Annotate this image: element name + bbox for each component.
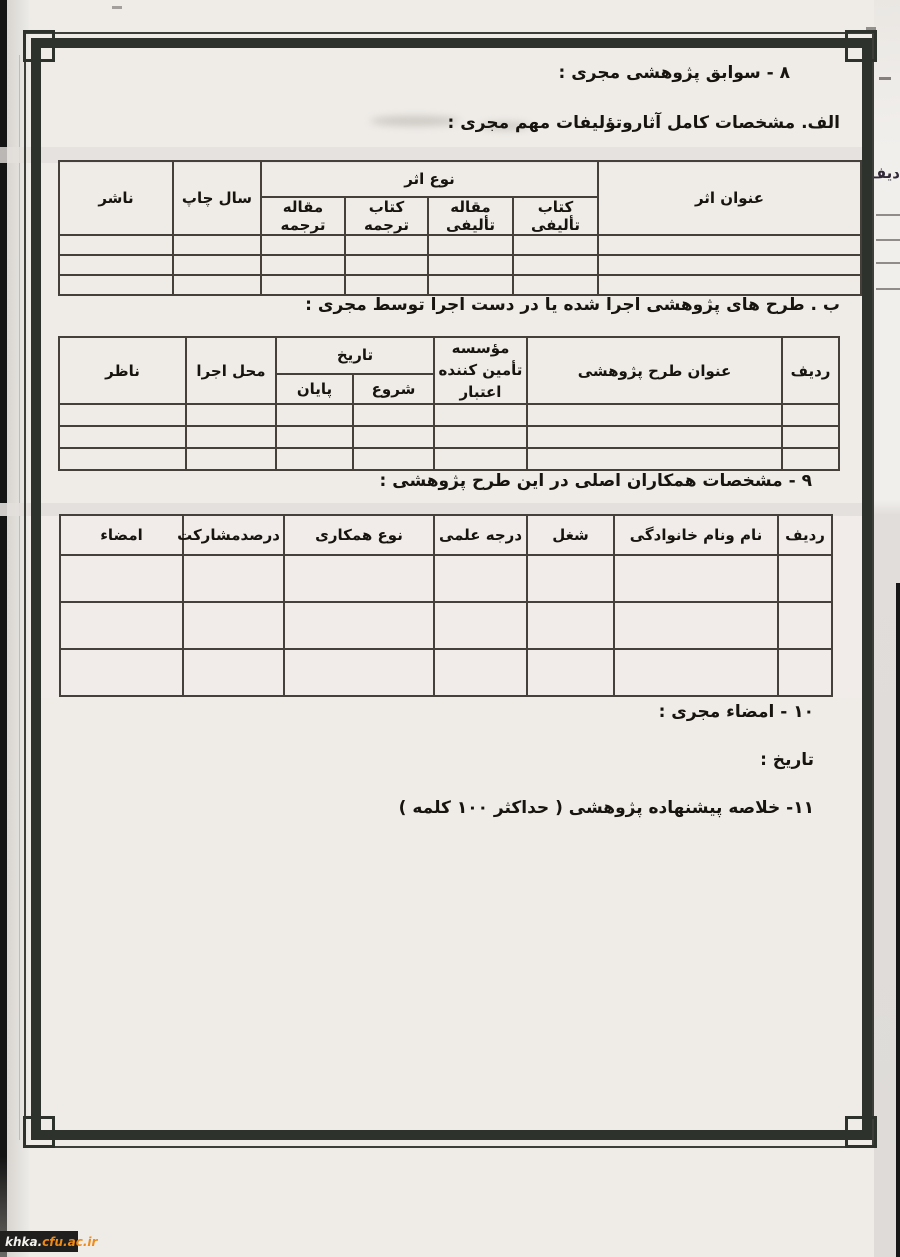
underlying-page-rule	[876, 262, 900, 264]
works-col-translated-book: کتاب ترجمه	[345, 197, 428, 235]
collab-col-job: شغل	[527, 515, 614, 555]
underlying-page-fragment-text: ديف	[873, 164, 900, 182]
section-a-heading: الف. مشخصات کامل آثاروتؤلیفات مهم مجری :	[447, 113, 840, 133]
section-10-heading: ۱۰ - امضاء مجری :	[659, 702, 814, 722]
section-8-heading: ۸ - سوابق پژوهشی مجری :	[559, 63, 791, 83]
collab-col-participation: درصدمشارکت	[183, 515, 284, 555]
collab-empty-row	[60, 555, 832, 602]
collab-col-row: ردیف	[778, 515, 832, 555]
collab-col-signature: امضاء	[60, 515, 183, 555]
underlying-page-rule	[876, 214, 900, 216]
underlying-page-rule	[876, 288, 900, 290]
projects-empty-row	[59, 448, 839, 470]
collab-col-cooperation-type: نوع همکاری	[284, 515, 434, 555]
watermark-prefix: khka.	[5, 1235, 42, 1249]
works-col-translated-article: مقاله ترجمه	[261, 197, 345, 235]
section-11-heading: ۱۱- خلاصه پیشنهاده پژوهشی ( حداکثر ۱۰۰ ک…	[399, 798, 814, 818]
projects-empty-row	[59, 426, 839, 448]
collab-empty-row	[60, 602, 832, 649]
projects-col-start: شروع	[353, 374, 434, 404]
site-watermark: khka.cfu.ac.ir	[0, 1231, 78, 1252]
scan-speck	[879, 77, 891, 80]
scan-edge-black-right	[896, 583, 900, 1257]
works-col-type-group: نوع اثر	[261, 161, 598, 197]
projects-empty-row	[59, 404, 839, 426]
paper-fold-line	[19, 55, 20, 1140]
collab-empty-row	[60, 649, 832, 696]
date-label: تاریخ :	[760, 750, 814, 770]
section-9-heading: ۹ - مشخصات همکاران اصلی در این طرح پژوهش…	[380, 471, 812, 491]
underlying-page-rule	[876, 239, 900, 241]
projects-col-title: عنوان طرح پژوهشی	[527, 337, 782, 404]
works-table: عنوان اثر نوع اثر سال چاپ ناشر کتاب تألی…	[58, 160, 862, 296]
works-col-authored-article: مقاله تألیفی	[428, 197, 513, 235]
watermark-domain: cfu.ac.ir	[42, 1235, 97, 1249]
projects-table: ردیف عنوان طرح پژوهشی مؤسسه تأمین کننده …	[58, 336, 840, 471]
projects-col-date-group: تاریخ	[276, 337, 434, 374]
scan-speck	[112, 6, 122, 9]
projects-col-row: ردیف	[782, 337, 839, 404]
border-corner-bottom-left	[23, 1116, 55, 1148]
border-corner-top-left	[23, 30, 55, 62]
works-empty-row	[59, 255, 861, 275]
projects-col-supervisor: ناظر	[59, 337, 186, 404]
section-b-heading: ب . طرح های پژوهشی اجرا شده یا در دست اج…	[305, 295, 840, 315]
works-col-authored-book: کتاب تألیفی	[513, 197, 598, 235]
works-empty-row	[59, 235, 861, 255]
scan-edge-black-left	[0, 0, 7, 1257]
collaborators-table: ردیف نام ونام خانوادگی شغل درجه علمی نوع…	[59, 514, 833, 697]
works-empty-row	[59, 275, 861, 295]
scanned-form-page: ديف ۸ - سوابق پژوهشی مجری : الف. مشخصات …	[0, 0, 900, 1257]
projects-col-end: پایان	[276, 374, 353, 404]
works-col-publisher: ناشر	[59, 161, 173, 235]
works-col-title: عنوان اثر	[598, 161, 861, 235]
collab-col-name: نام ونام خانوادگی	[614, 515, 778, 555]
projects-col-location: محل اجرا	[186, 337, 276, 404]
collab-col-degree: درجه علمی	[434, 515, 527, 555]
projects-col-funder: مؤسسه تأمین کننده اعتبار	[434, 337, 527, 404]
border-corner-top-right	[845, 30, 877, 62]
works-col-year: سال چاپ	[173, 161, 261, 235]
border-corner-bottom-right	[845, 1116, 877, 1148]
